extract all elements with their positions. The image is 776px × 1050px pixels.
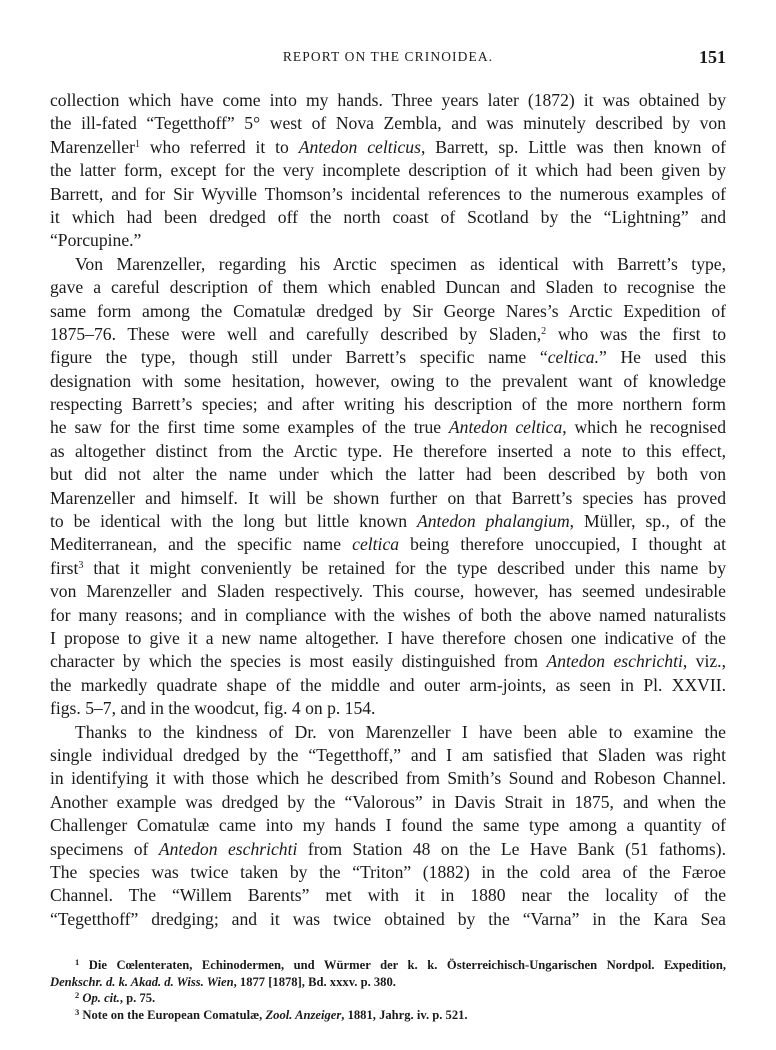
text-run: , 1877 [1878], Bd. xxxv. p. 380.	[234, 975, 396, 989]
text-run: that it might conveniently be retained f…	[83, 558, 726, 578]
running-title: REPORT ON THE CRINOIDEA.	[50, 49, 726, 65]
text-run: Barrett, and for Sir Wyville Thomson’s i…	[50, 184, 726, 204]
body-line: Channel. The “Willem Barents” met with i…	[50, 884, 726, 907]
text-run: for many reasons; and in compliance with…	[50, 605, 726, 625]
text-run: , Müller, sp., of the	[570, 511, 726, 531]
document-page: REPORT ON THE CRINOIDEA. 151 collection …	[0, 0, 776, 1050]
italic-term: Op. cit.	[82, 991, 119, 1005]
body-line: to be identical with the long but little…	[50, 510, 726, 533]
body-line: the ill-fated “Tegetthoff” 5° west of No…	[50, 112, 726, 135]
body-line: but did not alter the name under which t…	[50, 463, 726, 486]
text-run: from Station 48 on the Le Have Bank (51 …	[297, 839, 726, 859]
body-line: 1875–76. These were well and carefully d…	[50, 323, 726, 346]
italic-term: Antedon eschrichti	[159, 839, 297, 859]
text-run: specimens of	[50, 839, 159, 859]
footnote-line: 1 Die Cœlenteraten, Echinodermen, und Wü…	[50, 957, 726, 974]
text-run: Marenzeller	[50, 137, 135, 157]
italic-term: celtica	[352, 534, 399, 554]
text-run: Marenzeller and himself. It will be show…	[50, 488, 726, 508]
italic-term: Antedon celtica	[449, 417, 562, 437]
body-line: designation with some hesitation, howeve…	[50, 370, 726, 393]
body-line: in identifying it with those which he de…	[50, 767, 726, 790]
italic-term: Denkschr. d. k. Akad. d. Wiss. Wien	[50, 975, 234, 989]
text-run: Die Cœlenteraten, Echinodermen, und Würm…	[79, 958, 726, 972]
body-line: The species was twice taken by the “Trit…	[50, 861, 726, 884]
body-line: “Porcupine.”	[50, 229, 726, 252]
text-run: Von Marenzeller, regarding his Arctic sp…	[75, 254, 726, 274]
text-run: , which he recognised	[562, 417, 726, 437]
text-run: it which had been dredged off the north …	[50, 207, 726, 227]
text-run: “Porcupine.”	[50, 230, 141, 250]
text-run: the ill-fated “Tegetthoff” 5° west of No…	[50, 113, 726, 133]
body-line: gave a careful description of them which…	[50, 276, 726, 299]
footnote-line: 3 Note on the European Comatulæ, Zool. A…	[50, 1007, 726, 1024]
body-line: for many reasons; and in compliance with…	[50, 604, 726, 627]
italic-term: Antedon celticus	[299, 137, 421, 157]
text-run: in identifying it with those which he de…	[50, 768, 726, 788]
body-line: Barrett, and for Sir Wyville Thomson’s i…	[50, 183, 726, 206]
text-run: being therefore unoccupied, I thought at	[399, 534, 726, 554]
body-line: Von Marenzeller, regarding his Arctic sp…	[50, 253, 726, 276]
body-line: respecting Barrett’s species; and after …	[50, 393, 726, 416]
body-line: figs. 5–7, and in the woodcut, fig. 4 on…	[50, 697, 726, 720]
body-line: Thanks to the kindness of Dr. von Marenz…	[50, 721, 726, 744]
text-run: von Marenzeller and Sladen respectively.…	[50, 581, 726, 601]
body-line: Marenzeller and himself. It will be show…	[50, 487, 726, 510]
text-run: Thanks to the kindness of Dr. von Marenz…	[75, 722, 726, 742]
text-run: , Barrett, sp. Little was then known of	[421, 137, 726, 157]
text-run: the latter form, except for the very inc…	[50, 160, 726, 180]
italic-term: Antedon phalangium	[417, 511, 570, 531]
text-run: “Tegetthoff” dredging; and it was twice …	[50, 909, 726, 929]
body-line: von Marenzeller and Sladen respectively.…	[50, 580, 726, 603]
body-line: same form among the Comatulæ dredged by …	[50, 300, 726, 323]
text-run: first	[50, 558, 78, 578]
body-line: specimens of Antedon eschrichti from Sta…	[50, 838, 726, 861]
running-head: REPORT ON THE CRINOIDEA. 151	[50, 47, 726, 67]
italic-term: celtica.	[548, 347, 599, 367]
body-line: the markedly quadrate shape of the middl…	[50, 674, 726, 697]
footnote-line: 2 Op. cit., p. 75.	[50, 990, 726, 1007]
text-run: Note on the European Comatulæ,	[79, 1008, 265, 1022]
text-run: collection which have come into my hands…	[50, 90, 726, 110]
body-line: Marenzeller1 who referred it to Antedon …	[50, 136, 726, 159]
page-number: 151	[699, 47, 726, 68]
body-line: first3 that it might conveniently be ret…	[50, 557, 726, 580]
text-run: who was the first to	[546, 324, 726, 344]
text-run: Channel. The “Willem Barents” met with i…	[50, 885, 726, 905]
print-speck	[671, 967, 673, 969]
text-run: to be identical with the long but little…	[50, 511, 417, 531]
body-line: it which had been dredged off the north …	[50, 206, 726, 229]
text-run: , viz.,	[683, 651, 726, 671]
footnote-line: Denkschr. d. k. Akad. d. Wiss. Wien, 187…	[50, 974, 726, 991]
body-line: Another example was dredged by the “Valo…	[50, 791, 726, 814]
footnotes: 1 Die Cœlenteraten, Echinodermen, und Wü…	[50, 957, 726, 1023]
italic-term: Antedon eschrichti	[546, 651, 682, 671]
text-run: Challenger Comatulæ came into my hands I…	[50, 815, 726, 835]
text-run: as altogether distinct from the Arctic t…	[50, 441, 726, 461]
text-run: respecting Barrett’s species; and after …	[50, 394, 726, 414]
body-line: Mediterranean, and the specific name cel…	[50, 533, 726, 556]
body-line: I propose to give it a new name altogeth…	[50, 627, 726, 650]
body-line: Challenger Comatulæ came into my hands I…	[50, 814, 726, 837]
text-run: same form among the Comatulæ dredged by …	[50, 301, 726, 321]
body-line: character by which the species is most e…	[50, 650, 726, 673]
body-line: single individual dredged by the “Tegett…	[50, 744, 726, 767]
text-run: gave a careful description of them which…	[50, 277, 726, 297]
text-run: figs. 5–7, and in the woodcut, fig. 4 on…	[50, 698, 375, 718]
text-run: figure the type, though still under Barr…	[50, 347, 548, 367]
text-run: 1875–76. These were well and carefully d…	[50, 324, 541, 344]
text-run: Mediterranean, and the specific name	[50, 534, 352, 554]
text-run: he saw for the first time some examples …	[50, 417, 449, 437]
text-run: the markedly quadrate shape of the middl…	[50, 675, 726, 695]
body-line: “Tegetthoff” dredging; and it was twice …	[50, 908, 726, 931]
text-run: I propose to give it a new name altogeth…	[50, 628, 726, 648]
body-text: collection which have come into my hands…	[50, 89, 726, 931]
text-run: character by which the species is most e…	[50, 651, 546, 671]
body-line: the latter form, except for the very inc…	[50, 159, 726, 182]
body-line: as altogether distinct from the Arctic t…	[50, 440, 726, 463]
text-run: The species was twice taken by the “Trit…	[50, 862, 726, 882]
text-run: single individual dredged by the “Tegett…	[50, 745, 726, 765]
body-line: collection which have come into my hands…	[50, 89, 726, 112]
body-line: figure the type, though still under Barr…	[50, 346, 726, 369]
text-run: designation with some hesitation, howeve…	[50, 371, 726, 391]
text-run: ” He used this	[599, 347, 726, 367]
text-run: who referred it to	[140, 137, 299, 157]
text-run: Another example was dredged by the “Valo…	[50, 792, 726, 812]
italic-term: Zool. Anzeiger	[265, 1008, 341, 1022]
text-run: , 1881, Jahrg. iv. p. 521.	[341, 1008, 467, 1022]
text-run: but did not alter the name under which t…	[50, 464, 726, 484]
text-run: , p. 75.	[120, 991, 155, 1005]
body-line: he saw for the first time some examples …	[50, 416, 726, 439]
